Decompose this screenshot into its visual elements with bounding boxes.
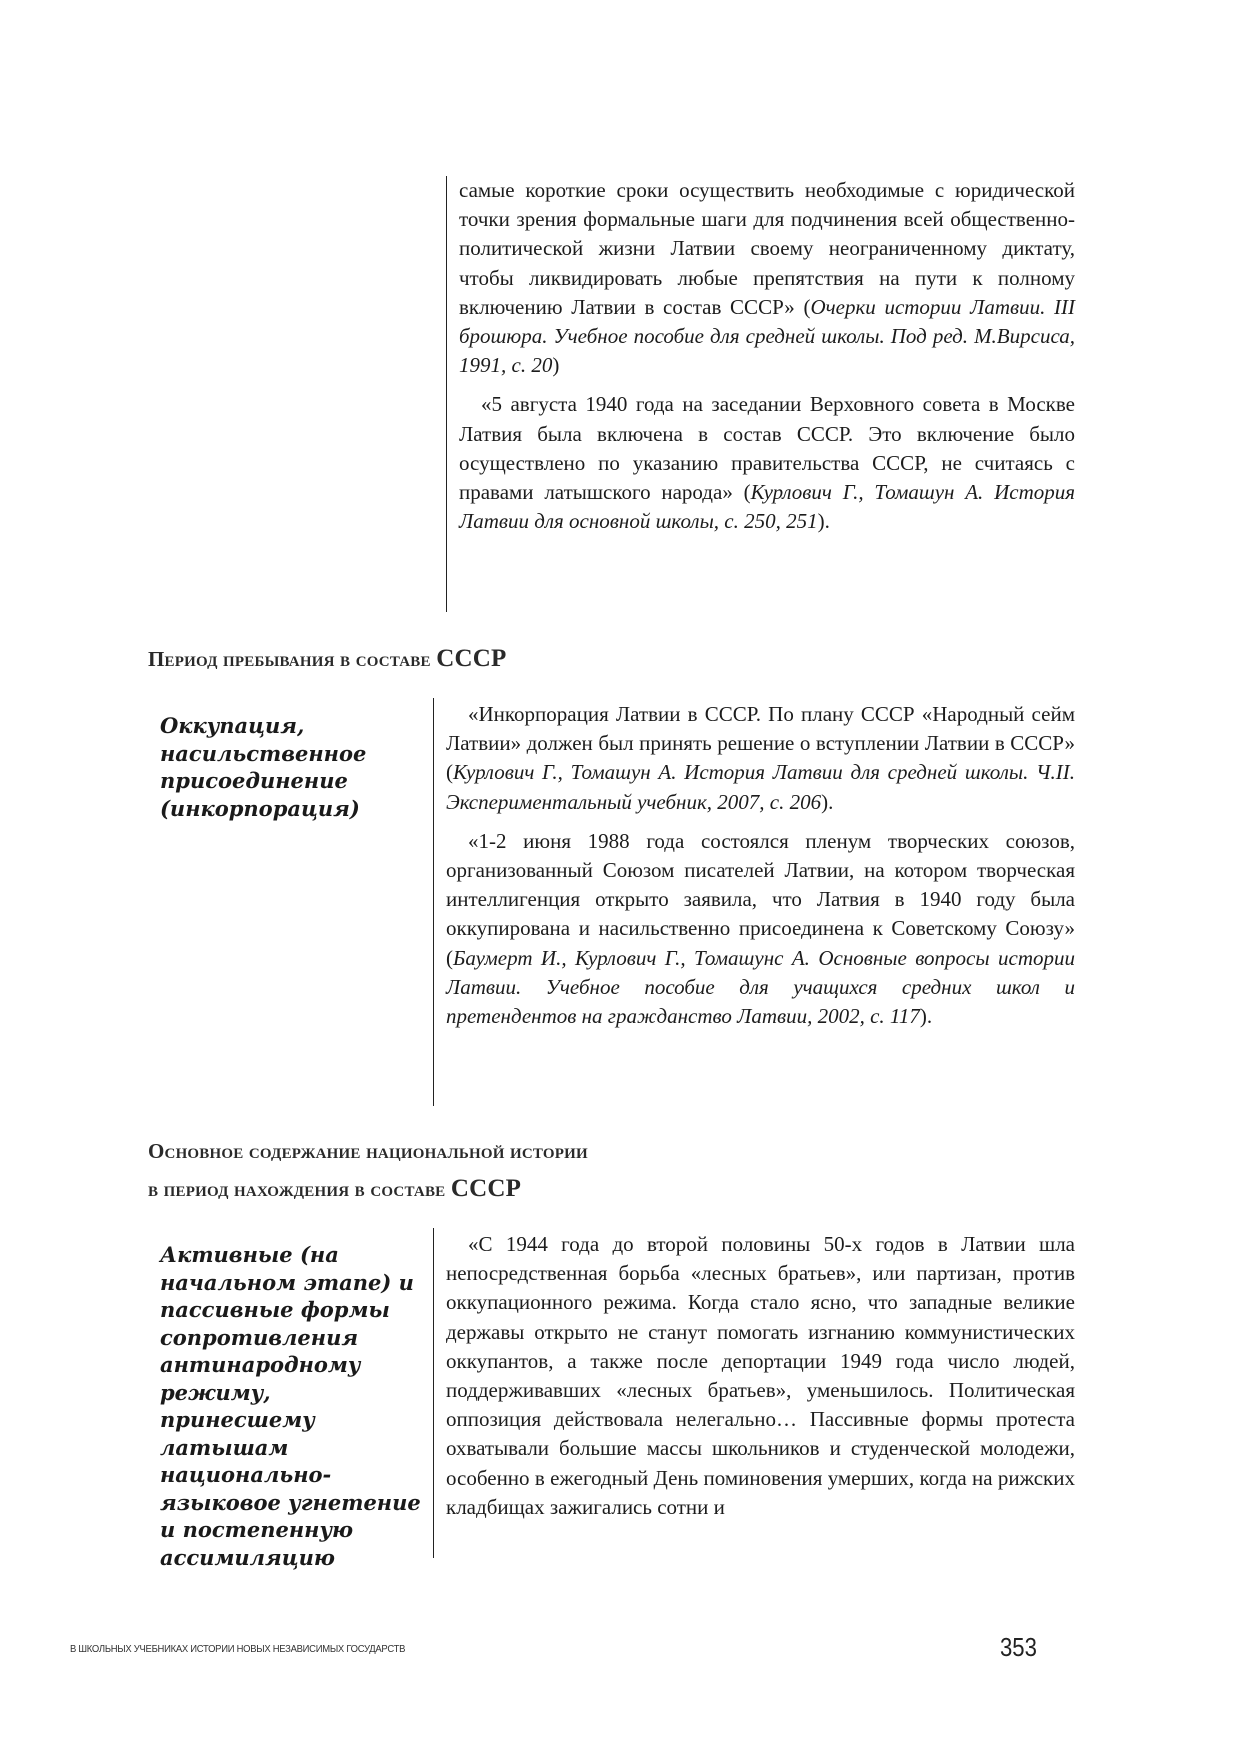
quote-paragraph: «Инкорпорация Латвии в СССР. По плану СС… bbox=[446, 700, 1075, 817]
page-number: 353 bbox=[1000, 1632, 1037, 1663]
section-heading-period: Период пребывания в составе СССР bbox=[148, 640, 506, 678]
quote-block-period: «Инкорпорация Латвии в СССР. По плану СС… bbox=[446, 700, 1075, 1031]
citation: Курлович Г., Томашун А. История Латвии д… bbox=[446, 760, 1075, 813]
margin-rule-content bbox=[433, 1228, 434, 1558]
sidenote-occupation: Оккупация, насильственное присоединение … bbox=[160, 712, 430, 822]
citation: Баумерт И., Курлович Г., Томашунс А. Осн… bbox=[446, 946, 1075, 1028]
quote-block-content: «С 1944 года до второй половины 50-х год… bbox=[446, 1230, 1075, 1522]
margin-rule-period bbox=[433, 698, 434, 1106]
margin-rule-top bbox=[446, 176, 447, 612]
quote-paragraph: «1-2 июня 1988 года состоялся пленум тво… bbox=[446, 827, 1075, 1031]
running-title: В ШКОЛЬНЫХ УЧЕБНИКАХ ИСТОРИИ НОВЫХ НЕЗАВ… bbox=[70, 1643, 405, 1655]
quote-paragraph: «5 августа 1940 года на заседании Верхов… bbox=[459, 390, 1075, 536]
section-heading-content: Основное содержание национальной истории… bbox=[148, 1133, 588, 1208]
quote-paragraph: самые короткие сроки осуществить необход… bbox=[459, 176, 1075, 380]
document-page: самые короткие сроки осуществить необход… bbox=[0, 0, 1239, 1754]
sidenote-resistance: Активные (на начальном этапе) и пассивны… bbox=[160, 1241, 425, 1571]
quote-block-top: самые короткие сроки осуществить необход… bbox=[459, 176, 1075, 536]
quote-paragraph: «С 1944 года до второй половины 50-х год… bbox=[446, 1230, 1075, 1522]
